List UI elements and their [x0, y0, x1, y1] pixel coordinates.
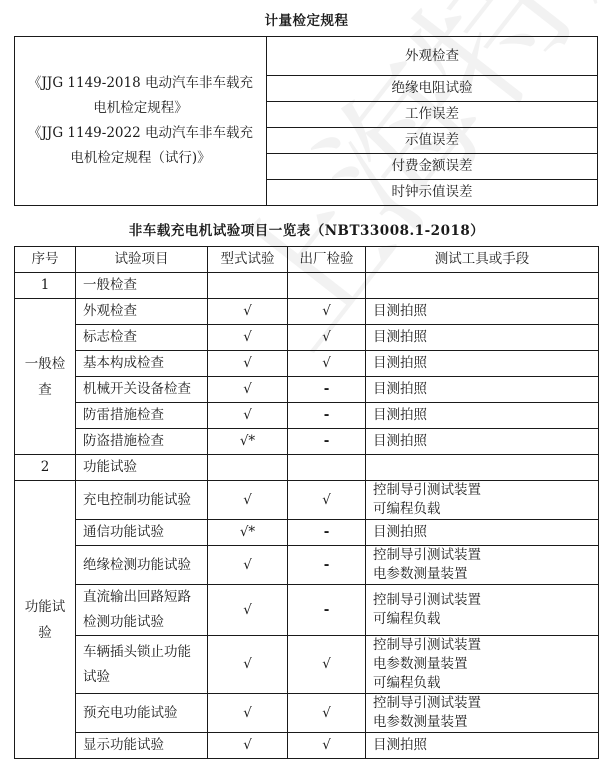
test-items-table: 序号 试验项目 型式试验 出厂检验 测试工具或手段 1 一般检查 一般检查 外观…: [14, 246, 599, 759]
table-row: 车辆插头锁止功能试验 √ √ 控制导引测试装置电参数测量装置可编程负载: [15, 636, 599, 694]
item: 车辆插头锁止功能试验: [76, 636, 208, 694]
tool: 目测拍照: [366, 351, 599, 377]
tool: 控制导引测试装置可编程负载: [366, 481, 599, 520]
table-row: 一般检查 外观检查 √ √ 目测拍照: [15, 299, 599, 325]
header-tool: 测试工具或手段: [366, 247, 599, 273]
regulation-line: 电机检定规程》: [15, 96, 266, 121]
regulation-line: 《JJG 1149-2022 电动汽车非车载充: [15, 121, 266, 146]
type-test: √*: [208, 520, 288, 546]
item: 直流输出回路短路检测功能试验: [76, 585, 208, 636]
verification-item: 绝缘电阻试验: [267, 76, 598, 102]
verification-item: 工作误差: [267, 102, 598, 128]
verification-item: 付费金额误差: [267, 154, 598, 180]
table-row: 功能试验 充电控制功能试验 √ √ 控制导引测试装置可编程负载: [15, 481, 599, 520]
tool: 目测拍照: [366, 403, 599, 429]
verification-item: 时钟示值误差: [267, 180, 598, 206]
type-test: √*: [208, 429, 288, 455]
factory-test: √: [288, 481, 366, 520]
table2-title: 非车载充电机试验项目一览表（NBT33008.1-2018）: [0, 219, 613, 239]
verification-item: 外观检查: [267, 37, 598, 76]
factory-test: √: [288, 351, 366, 377]
type-test: √: [208, 377, 288, 403]
type-test: √: [208, 299, 288, 325]
tool: 目测拍照: [366, 429, 599, 455]
section-row: 1 一般检查: [15, 273, 599, 299]
regulation-line: 《JJG 1149-2018 电动汽车非车载充: [15, 71, 266, 96]
type-test: √: [208, 481, 288, 520]
item: 标志检查: [76, 325, 208, 351]
factory-test: -: [288, 429, 366, 455]
metrology-regulations-table: 《JJG 1149-2018 电动汽车非车载充 电机检定规程》 《JJG 114…: [14, 36, 598, 206]
tool: 控制导引测试装置电参数测量装置: [366, 694, 599, 733]
factory-test: -: [288, 403, 366, 429]
table-row: 显示功能试验 √ √ 目测拍照: [15, 733, 599, 759]
type-test: √: [208, 636, 288, 694]
tool: 目测拍照: [366, 299, 599, 325]
item: 通信功能试验: [76, 520, 208, 546]
factory-test: √: [288, 299, 366, 325]
factory-test: -: [288, 546, 366, 585]
item: 充电控制功能试验: [76, 481, 208, 520]
type-test: √: [208, 325, 288, 351]
item: 显示功能试验: [76, 733, 208, 759]
header-factory-test: 出厂检验: [288, 247, 366, 273]
header-item: 试验项目: [76, 247, 208, 273]
regulation-names-cell: 《JJG 1149-2018 电动汽车非车载充 电机检定规程》 《JJG 114…: [15, 37, 267, 206]
section-row: 2 功能试验: [15, 455, 599, 481]
table-row: 标志检查 √ √ 目测拍照: [15, 325, 599, 351]
tool: 目测拍照: [366, 520, 599, 546]
table-row: 基本构成检查 √ √ 目测拍照: [15, 351, 599, 377]
item: 基本构成检查: [76, 351, 208, 377]
seq: 2: [15, 455, 76, 481]
table-row: 通信功能试验 √* - 目测拍照: [15, 520, 599, 546]
table-row: 预充电功能试验 √ √ 控制导引测试装置电参数测量装置: [15, 694, 599, 733]
tool: 目测拍照: [366, 377, 599, 403]
item: 防雷措施检查: [76, 403, 208, 429]
header-type-test: 型式试验: [208, 247, 288, 273]
table-row: 防雷措施检查 √ - 目测拍照: [15, 403, 599, 429]
table-row: 机械开关设备检查 √ - 目测拍照: [15, 377, 599, 403]
factory-test: √: [288, 636, 366, 694]
tool: 控制导引测试装置电参数测量装置: [366, 546, 599, 585]
factory-test: -: [288, 377, 366, 403]
type-test: √: [208, 585, 288, 636]
factory-test: -: [288, 585, 366, 636]
factory-test: -: [288, 520, 366, 546]
tool: 目测拍照: [366, 325, 599, 351]
item: 绝缘检测功能试验: [76, 546, 208, 585]
seq: 1: [15, 273, 76, 299]
type-test: √: [208, 351, 288, 377]
tool: 控制导引测试装置电参数测量装置可编程负载: [366, 636, 599, 694]
table-row: 防盗措施检查 √* - 目测拍照: [15, 429, 599, 455]
tool: 目测拍照: [366, 733, 599, 759]
type-test: √: [208, 403, 288, 429]
item: 机械开关设备检查: [76, 377, 208, 403]
factory-test: √: [288, 733, 366, 759]
header-row: 序号 试验项目 型式试验 出厂检验 测试工具或手段: [15, 247, 599, 273]
type-test: √: [208, 546, 288, 585]
verification-item: 示值误差: [267, 128, 598, 154]
factory-test: √: [288, 325, 366, 351]
item: 外观检查: [76, 299, 208, 325]
table-row: 直流输出回路短路检测功能试验 √ - 控制导引测试装置可编程负载: [15, 585, 599, 636]
table-row: 绝缘检测功能试验 √ - 控制导引测试装置电参数测量装置: [15, 546, 599, 585]
header-seq: 序号: [15, 247, 76, 273]
group-label: 一般检查: [15, 299, 76, 455]
item: 预充电功能试验: [76, 694, 208, 733]
regulation-line: 电机检定规程（试行)》: [15, 146, 266, 171]
tool: 控制导引测试装置可编程负载: [366, 585, 599, 636]
group-label: 功能试验: [15, 481, 76, 759]
type-test: √: [208, 694, 288, 733]
table1-title: 计量检定规程: [0, 9, 613, 29]
section-name: 一般检查: [76, 273, 208, 299]
item: 防盗措施检查: [76, 429, 208, 455]
section-name: 功能试验: [76, 455, 208, 481]
type-test: √: [208, 733, 288, 759]
factory-test: √: [288, 694, 366, 733]
